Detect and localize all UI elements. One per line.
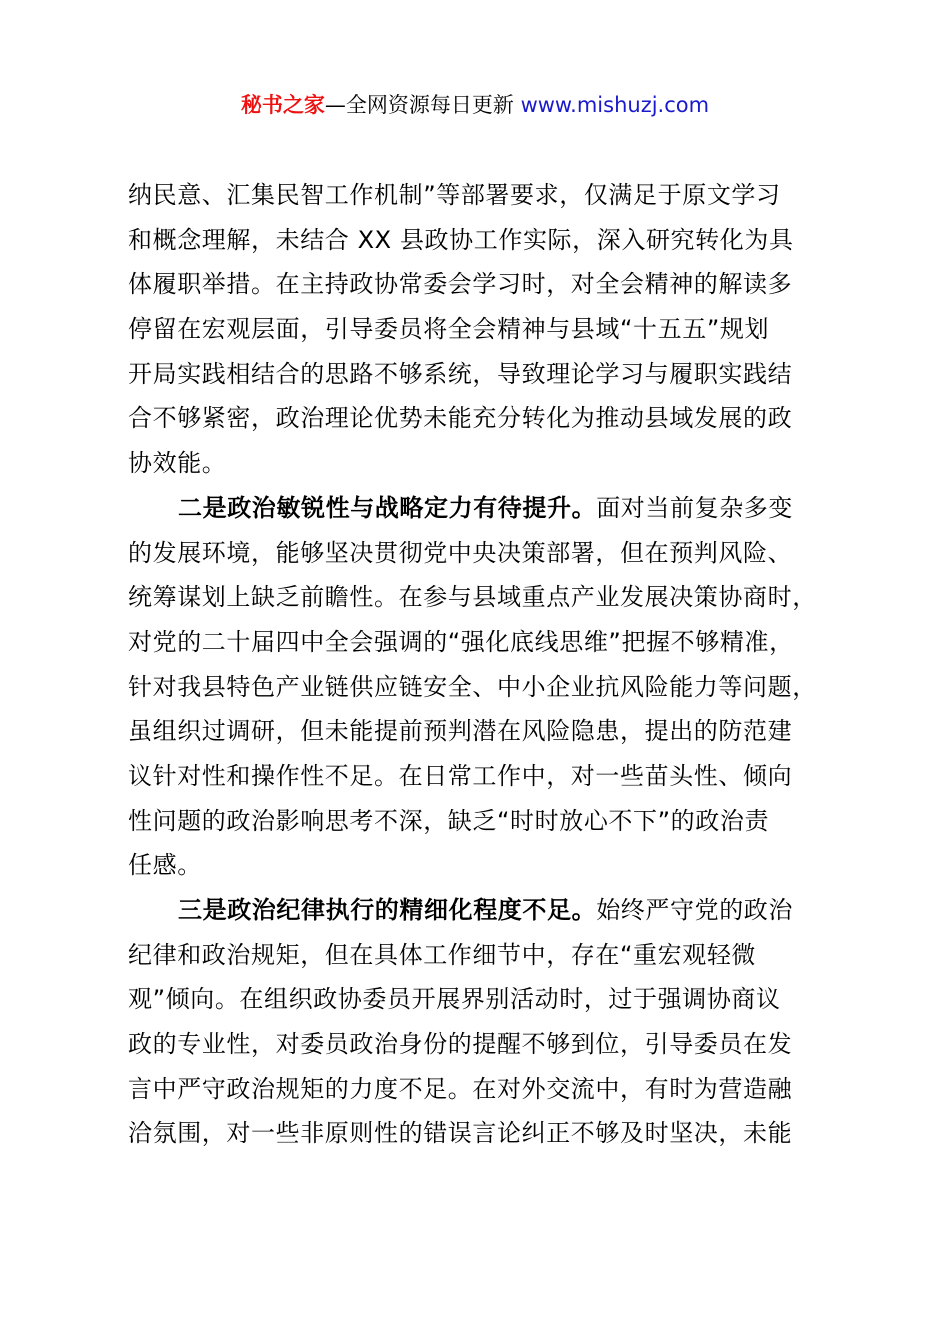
text-line: 洽氛围，对一些非原则性的错误言论纠正不够及时坚决，未能 (128, 1111, 834, 1156)
paragraph-2: 二是政治敏锐性与战略定力有待提升。面对当前复杂多变 的发展环境，能够坚决贯彻党中… (128, 486, 834, 888)
text-line: 的发展环境，能够坚决贯彻党中央决策部署，但在预判风险、 (128, 531, 834, 576)
header-slogan: —全网资源每日更新 (325, 93, 521, 117)
watermark-header: 秘书之家—全网资源每日更新 www.mishuzj.com (0, 88, 950, 122)
text-line: 停留在宏观层面，引导委员将全会精神与县域“十五五”规划 (128, 307, 834, 352)
paragraph-heading: 三是政治纪律执行的精细化程度不足。 (178, 896, 596, 924)
paragraph-first-line: 二是政治敏锐性与战略定力有待提升。面对当前复杂多变 (128, 486, 834, 531)
brand-name: 秘书之家 (241, 93, 325, 117)
text-line: 任感。 (128, 843, 834, 888)
text-line: 言中严守政治规矩的力度不足。在对外交流中，有时为营造融 (128, 1067, 834, 1112)
text-line: 针对我县特色产业链供应链安全、中小企业抗风险能力等问题， (128, 665, 834, 710)
text-line: 政的专业性，对委员政治身份的提醒不够到位，引导委员在发 (128, 1022, 834, 1067)
site-url-link[interactable]: www.mishuzj.com (521, 93, 710, 117)
text-line: 纪律和政治规矩，但在具体工作细节中，存在“重宏观轻微 (128, 933, 834, 978)
paragraph-3: 三是政治纪律执行的精细化程度不足。始终严守党的政治 纪律和政治规矩，但在具体工作… (128, 888, 834, 1156)
text-line: 和概念理解，未结合 XX 县政协工作实际，深入研究转化为具 (128, 218, 834, 263)
paragraph-first-line: 三是政治纪律执行的精细化程度不足。始终严守党的政治 (128, 888, 834, 933)
text-line: 观”倾向。在组织政协委员开展界别活动时，过于强调协商议 (128, 977, 834, 1022)
text-line: 对党的二十届四中全会强调的“强化底线思维”把握不够精准， (128, 620, 834, 665)
paragraph-1: 纳民意、汇集民智工作机制”等部署要求，仅满足于原文学习 和概念理解，未结合 XX… (128, 173, 834, 486)
text-line: 协效能。 (128, 441, 834, 486)
text-line: 纳民意、汇集民智工作机制”等部署要求，仅满足于原文学习 (128, 173, 834, 218)
text-line: 体履职举措。在主持政协常委会学习时，对全会精神的解读多 (128, 262, 834, 307)
paragraph-heading: 二是政治敏锐性与战略定力有待提升。 (178, 494, 596, 522)
text-line: 合不够紧密，政治理论优势未能充分转化为推动县域发展的政 (128, 396, 834, 441)
text-line: 议针对性和操作性不足。在日常工作中，对一些苗头性、倾向 (128, 754, 834, 799)
text-span: 始终严守党的政治 (596, 896, 793, 924)
text-line: 开局实践相结合的思路不够系统，导致理论学习与履职实践结 (128, 352, 834, 397)
text-line: 虽组织过调研，但未能提前预判潜在风险隐患，提出的防范建 (128, 709, 834, 754)
document-body: 纳民意、汇集民智工作机制”等部署要求，仅满足于原文学习 和概念理解，未结合 XX… (128, 173, 834, 1156)
text-span: 面对当前复杂多变 (596, 494, 793, 522)
text-line: 统筹谋划上缺乏前瞻性。在参与县域重点产业发展决策协商时， (128, 575, 834, 620)
text-line: 性问题的政治影响思考不深，缺乏“时时放心不下”的政治责 (128, 799, 834, 844)
